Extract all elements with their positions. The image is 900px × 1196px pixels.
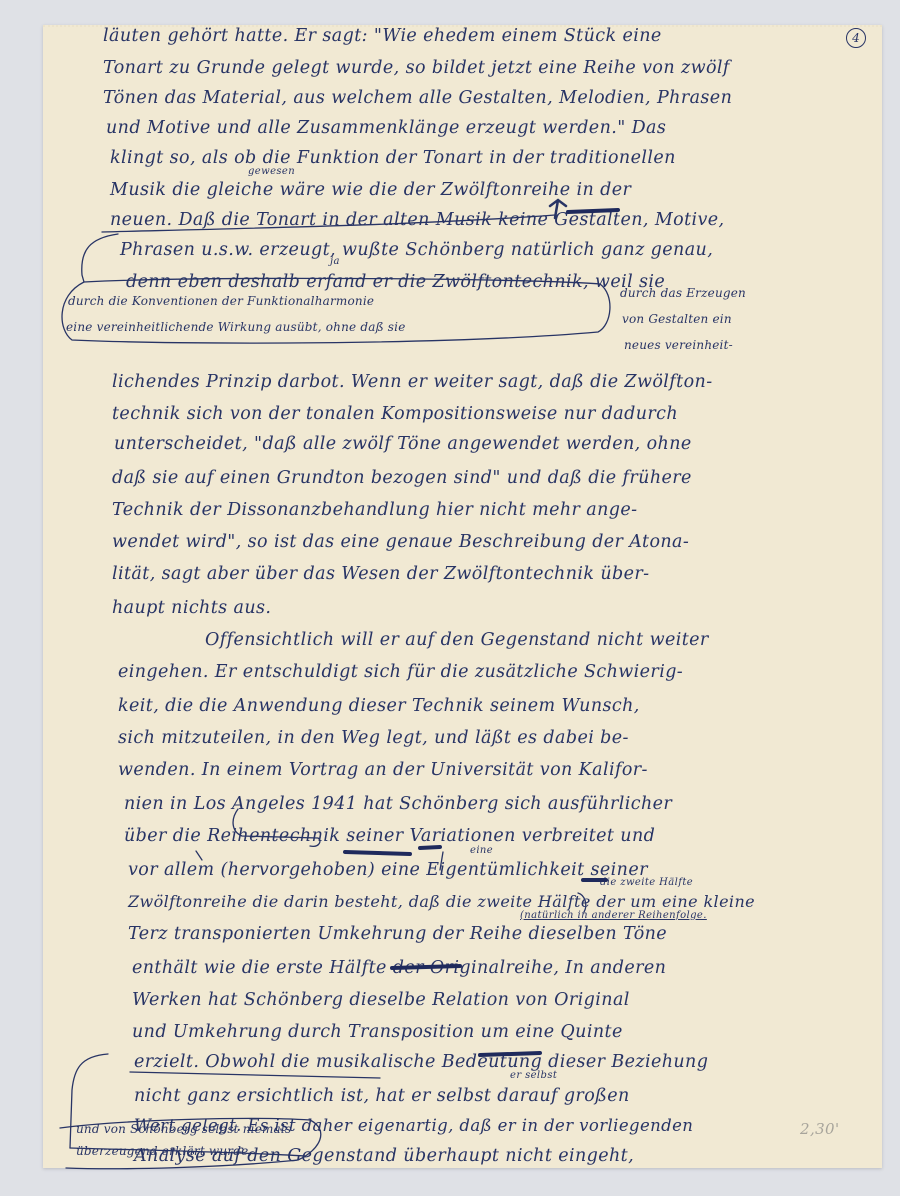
text-line: klingt so, als ob die Funktion der Tonar…: [110, 148, 676, 168]
interlinear-insert: (natürlich in anderer Reihenfolge.: [520, 910, 707, 921]
boxed-insert-line: durch die Konventionen der Funktionalhar…: [68, 294, 374, 308]
page-number-circle: 4: [846, 28, 866, 48]
text-line: nicht ganz ersichtlich ist, hat er selbs…: [134, 1086, 630, 1106]
text-line: lichendes Prinzip darbot. Wenn er weiter…: [112, 372, 713, 392]
boxed-insert-line: eine vereinheitlichende Wirkung ausübt, …: [66, 320, 406, 334]
text-line: enthält wie die erste Hälfte der Origina…: [132, 958, 666, 978]
text-line: eingehen. Er entschuldigt sich für die z…: [118, 662, 683, 682]
interlinear-insert: ja: [330, 256, 340, 267]
interlinear-insert: gewesen: [248, 166, 295, 177]
margin-insert-line: von Gestalten ein: [622, 312, 732, 326]
text-line: unterscheidet, "daß alle zwölf Töne ange…: [114, 434, 692, 454]
pencil-annotation: 2,30': [800, 1120, 840, 1138]
text-line: Phrasen u.s.w. erzeugt, wußte Schönberg …: [120, 240, 713, 260]
text-line: vor allem (hervorgehoben) eine Eigentüml…: [128, 860, 648, 880]
text-line: Terz transponierten Umkehrung der Reihe …: [128, 924, 667, 944]
text-line: wendet wird", so ist das eine genaue Bes…: [112, 532, 689, 552]
text-line: lität, sagt aber über das Wesen der Zwöl…: [112, 564, 649, 584]
text-line: neuen. Daß die Tonart in der alten Musik…: [110, 210, 725, 230]
margin-insert-line: neues vereinheit-: [624, 338, 733, 352]
text-line: und Umkehrung durch Transposition um ein…: [132, 1022, 623, 1042]
text-line: haupt nichts aus.: [112, 598, 271, 618]
footnote-line: überzeugend erklärt wurde,: [76, 1144, 252, 1158]
text-line: über die Reihentechnik seiner Variatione…: [124, 826, 655, 846]
text-line: sich mitzuteilen, in den Weg legt, und l…: [118, 728, 629, 748]
footnote-line: und von Schönberg selbst niemals: [76, 1122, 291, 1136]
text-line: und Motive und alle Zusammenklänge erzeu…: [106, 118, 666, 138]
text-line: technik sich von der tonalen Komposition…: [112, 404, 678, 424]
text-line: daß sie auf einen Grundton bezogen sind"…: [112, 468, 692, 488]
text-line: Zwölftonreihe die darin besteht, daß die…: [128, 892, 755, 911]
text-line: Tonart zu Grunde gelegt wurde, so bildet…: [103, 58, 730, 78]
interlinear-insert: eine: [470, 845, 493, 856]
interlinear-insert: er selbst: [510, 1070, 557, 1081]
text-line: Werken hat Schönberg dieselbe Relation v…: [132, 990, 630, 1010]
text-line: nien in Los Angeles 1941 hat Schönberg s…: [124, 794, 672, 814]
margin-insert-line: durch das Erzeugen: [620, 286, 746, 300]
text-line: Tönen das Material, aus welchem alle Ges…: [103, 88, 732, 108]
text-line: denn eben deshalb erfand er die Zwölfton…: [126, 272, 665, 292]
interlinear-insert: die zweite Hälfte: [600, 877, 693, 888]
text-line: läuten gehört hatte. Er sagt: "Wie ehede…: [103, 26, 662, 46]
text-line: Technik der Dissonanzbehandlung hier nic…: [112, 500, 637, 520]
text-line: Offensichtlich will er auf den Gegenstan…: [205, 630, 709, 650]
text-line: wenden. In einem Vortrag an der Universi…: [118, 760, 648, 780]
text-line: Musik die gleiche wäre wie die der Zwölf…: [110, 180, 631, 200]
text-line: keit, die die Anwendung dieser Technik s…: [118, 696, 640, 716]
text-line: erzielt. Obwohl die musikalische Bedeutu…: [134, 1052, 708, 1072]
